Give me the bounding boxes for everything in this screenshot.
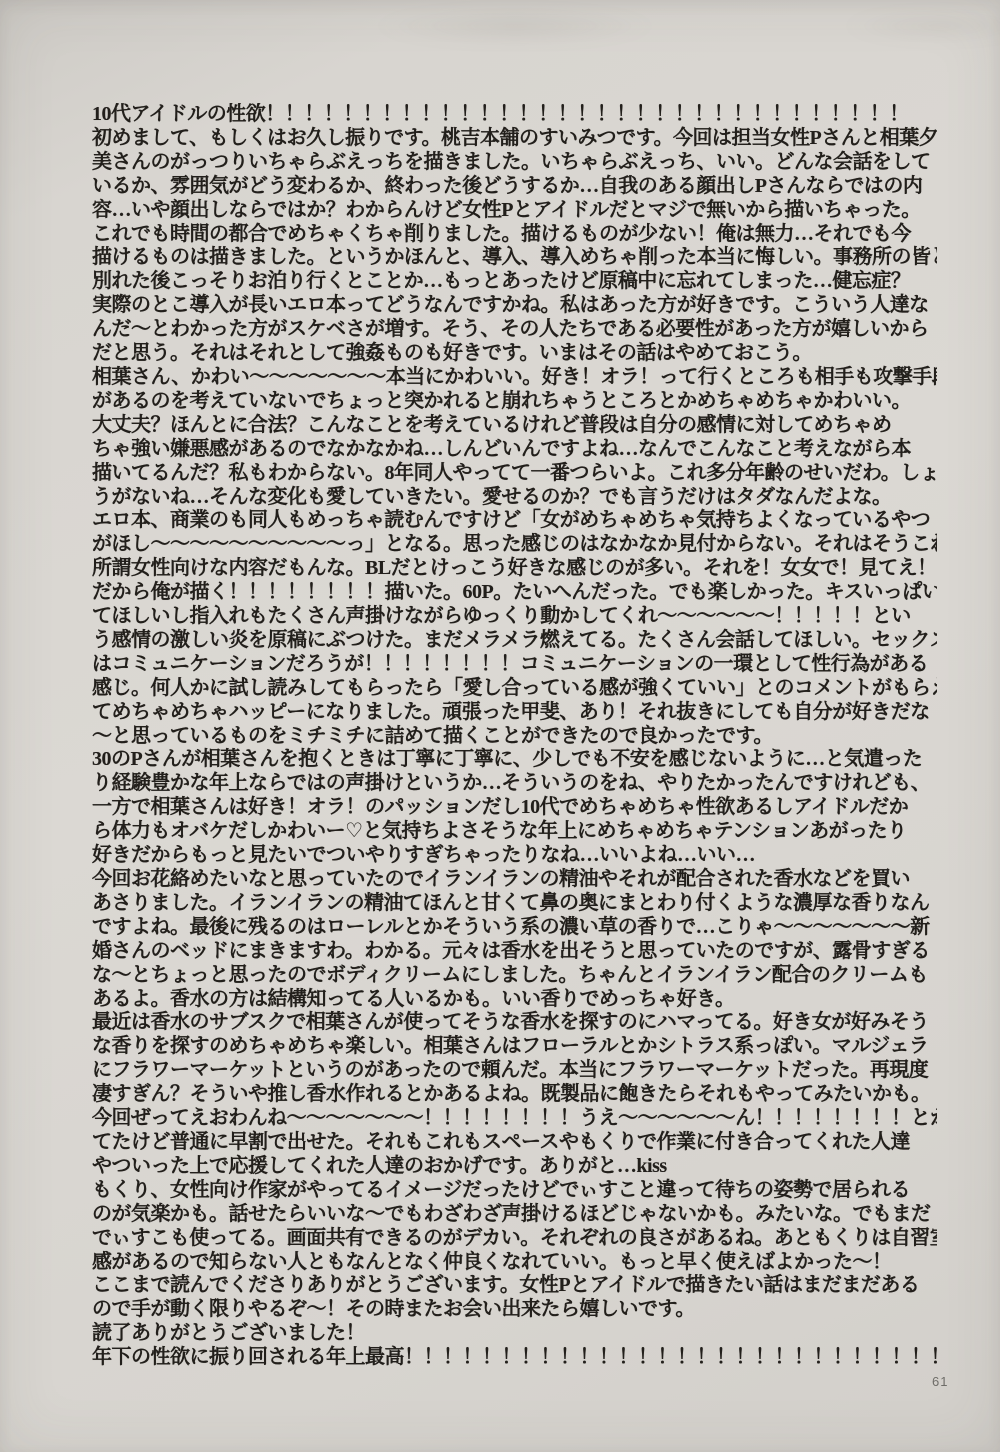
scanned-page: 10代アイドルの性欲！！！！！！！！！！！！！！！！！！！！！！！！！！！！！！… [0,0,1000,1452]
ink-bleed-smudge [840,8,1000,44]
page-number: 61 [932,1374,948,1389]
afterword-text: 10代アイドルの性欲！！！！！！！！！！！！！！！！！！！！！！！！！！！！！！… [92,103,937,1381]
ink-bleed-smudge [370,6,660,46]
